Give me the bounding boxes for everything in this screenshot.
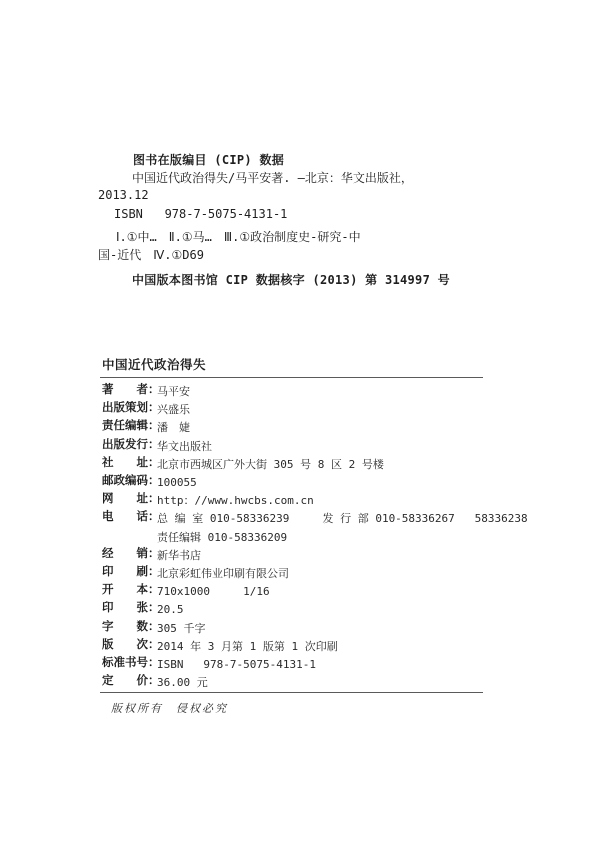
row-label: 邮政编码 (102, 473, 148, 490)
row-colon: ： (148, 619, 157, 636)
row-label: 著 者 (102, 382, 148, 399)
table-row: 著 者：马平安 (100, 382, 483, 400)
row-label: 定 价 (102, 673, 148, 690)
row-colon: ： (148, 509, 157, 526)
row-value: 责任编辑 010-58336209 (157, 531, 287, 544)
table-row: 字 数：305 千字 (100, 619, 483, 637)
row-label: 社 址 (102, 455, 148, 472)
row-colon: ： (148, 600, 157, 617)
divider-bottom (100, 692, 483, 693)
row-value: 305 千字 (157, 622, 206, 635)
row-colon: ： (148, 582, 157, 599)
table-row: 网 址：http：//www.hwcbs.com.cn (100, 491, 483, 509)
row-value: 马平安 (157, 385, 190, 398)
row-colon: ： (148, 455, 157, 472)
row-label: 电 话 (102, 509, 148, 526)
divider-top (100, 377, 483, 378)
row-value: 华文出版社 (157, 440, 212, 453)
row-label: 经 销 (102, 546, 148, 563)
row-label: 开 本 (102, 582, 148, 599)
table-row: 印 刷：北京彩虹伟业印刷有限公司 (100, 564, 483, 582)
row-colon: ： (148, 491, 157, 508)
colophon-table: 著 者：马平安 出版策划：兴盛乐 责任编辑：潘 婕 出版发行：华文出版社 社 址… (100, 382, 483, 691)
table-row: 经 销：新华书店 (100, 546, 483, 564)
row-label: 责任编辑 (102, 418, 148, 435)
row-value: 北京市西城区广外大街 305 号 8 区 2 号楼 (157, 458, 384, 471)
row-label: 出版发行 (102, 437, 148, 454)
cip-entry-date: 2013.12 (98, 187, 485, 203)
colophon-block: 中国近代政治得失 著 者：马平安 出版策划：兴盛乐 责任编辑：潘 婕 出版发行：… (100, 357, 483, 716)
table-row: 责任编辑：潘 婕 (100, 418, 483, 436)
row-label: 标准书号 (102, 655, 148, 672)
table-row: 开 本：710x1000 1/16 (100, 582, 483, 600)
cip-isbn: ISBN 978-7-5075-4131-1 (98, 205, 485, 223)
cip-entry-line: 中国近代政治得失/马平安著. —北京：华文出版社， (98, 169, 485, 187)
row-colon: ： (148, 473, 157, 490)
row-label: 出版策划 (102, 400, 148, 417)
row-value: 710x1000 1/16 (157, 585, 270, 598)
row-label: 印 刷 (102, 564, 148, 581)
row-value: ISBN 978-7-5075-4131-1 (157, 658, 316, 671)
cip-header: 图书在版编目 (CIP) 数据 (98, 151, 485, 169)
row-colon: ： (148, 637, 157, 654)
row-colon: ： (148, 418, 157, 435)
cip-classification-line: Ⅰ.①中… Ⅱ.①马… Ⅲ.①政治制度史-研究-中 (98, 228, 485, 246)
row-value: 新华书店 (157, 549, 201, 562)
table-row: 版 次：2014 年 3 月第 1 版第 1 次印刷 (100, 637, 483, 655)
row-colon: ： (148, 382, 157, 399)
copyright-notice: 版权所有 侵权必究 (100, 700, 483, 716)
table-row: 印 张：20.5 (100, 600, 483, 618)
cip-record-number: 中国版本图书馆 CIP 数据核字 (2013) 第 314997 号 (98, 271, 485, 289)
row-colon: ： (148, 655, 157, 672)
row-colon: ： (148, 546, 157, 563)
row-colon: ： (148, 437, 157, 454)
row-value: http：//www.hwcbs.com.cn (157, 494, 314, 507)
table-row-continuation: 责任编辑 010-58336209 (100, 528, 483, 546)
row-label: 版 次 (102, 637, 148, 654)
row-value: 潘 婕 (157, 421, 190, 434)
row-colon: ： (148, 564, 157, 581)
row-label: 网 址 (102, 491, 148, 508)
cip-block: 图书在版编目 (CIP) 数据 中国近代政治得失/马平安著. —北京：华文出版社… (98, 151, 485, 289)
row-value: 2014 年 3 月第 1 版第 1 次印刷 (157, 640, 338, 653)
row-value: 100055 (157, 476, 197, 489)
row-value: 兴盛乐 (157, 403, 190, 416)
table-row: 定 价：36.00 元 (100, 673, 483, 691)
table-row: 电 话：总 编 室 010-58336239 发 行 部 010-5833626… (100, 509, 483, 527)
table-row: 出版策划：兴盛乐 (100, 400, 483, 418)
row-value: 20.5 (157, 603, 184, 616)
row-value: 北京彩虹伟业印刷有限公司 (157, 567, 289, 580)
book-title: 中国近代政治得失 (100, 357, 483, 373)
table-row: 出版发行：华文出版社 (100, 437, 483, 455)
row-value: 总 编 室 010-58336239 发 行 部 010-58336267 58… (157, 512, 528, 525)
book-copyright-page: { "cip": { "header": "图书在版编目 (CIP) 数据", … (0, 0, 595, 842)
row-value: 36.00 元 (157, 676, 208, 689)
table-row: 邮政编码：100055 (100, 473, 483, 491)
row-label: 字 数 (102, 619, 148, 636)
table-row: 社 址：北京市西城区广外大街 305 号 8 区 2 号楼 (100, 455, 483, 473)
row-colon: ： (148, 400, 157, 417)
table-row: 标准书号：ISBN 978-7-5075-4131-1 (100, 655, 483, 673)
row-colon: ： (148, 673, 157, 690)
cip-classification-line: 国-近代 Ⅳ.①D69 (98, 246, 485, 264)
row-label: 印 张 (102, 600, 148, 617)
